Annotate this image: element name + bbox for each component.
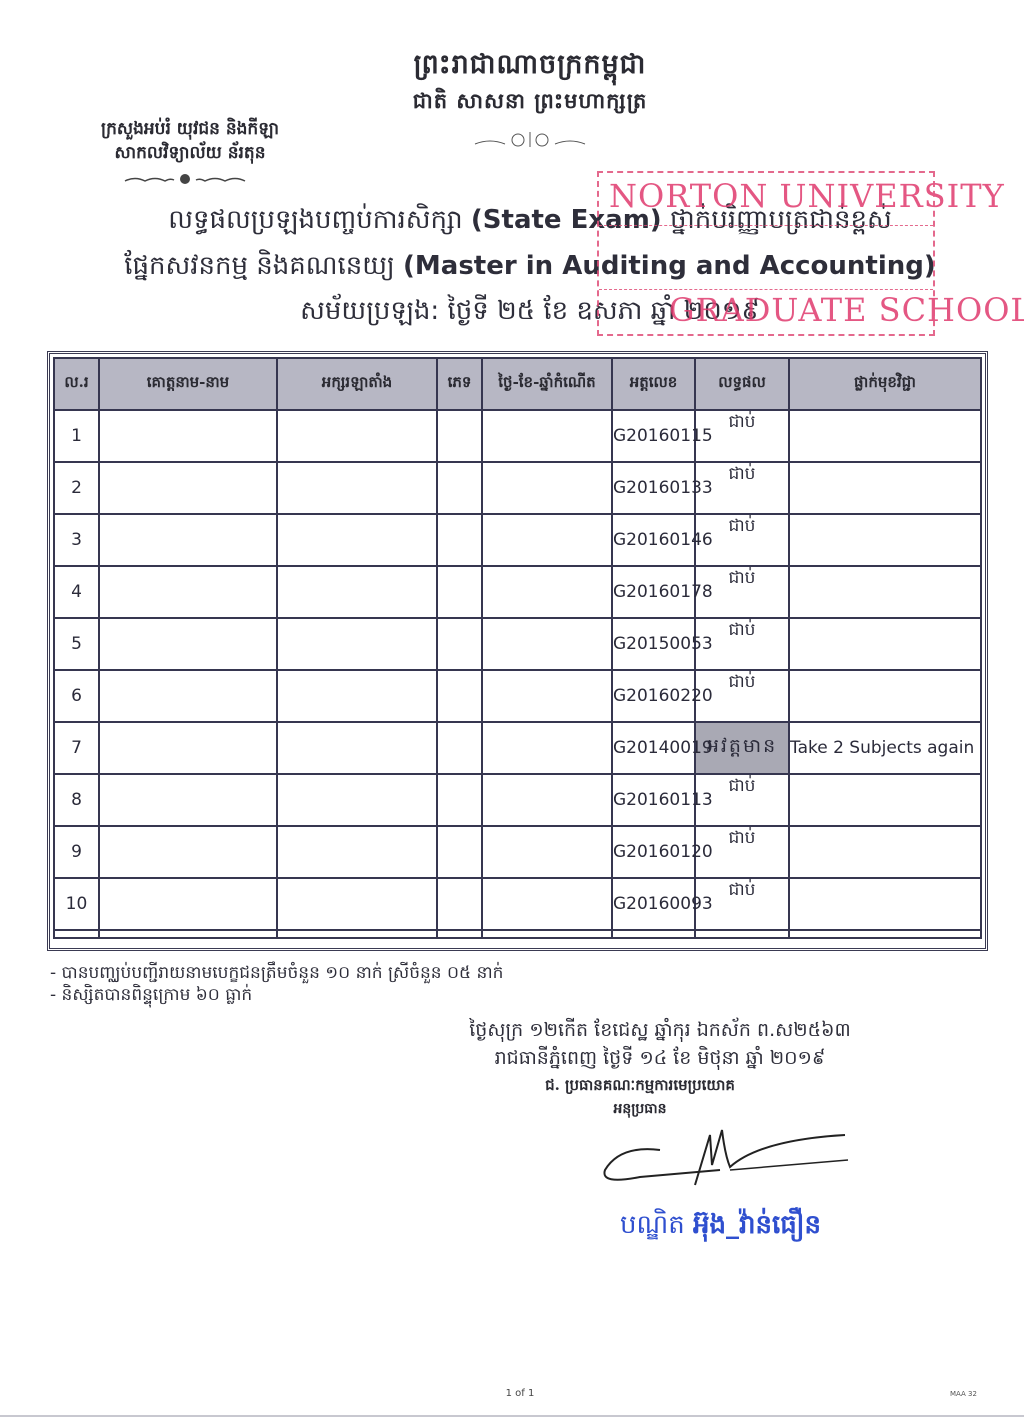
page-bottom-edge (0, 1415, 1024, 1417)
ornament-divider-icon (470, 130, 590, 148)
table-row: 2G20160133ជាប់ (54, 462, 981, 514)
cell-failed-subjects (789, 514, 981, 566)
cell-failed-subjects (789, 462, 981, 514)
header-id: អត្តលេខ (612, 358, 695, 410)
cell-failed-subjects (789, 878, 981, 930)
cell-failed-subjects (789, 826, 981, 878)
university-name: សាកលវិទ្យាល័យ ន័រតុន (40, 142, 340, 167)
cell-failed-subjects (789, 566, 981, 618)
table-row: 3G20160146ជាប់ (54, 514, 981, 566)
cell-sex (437, 774, 482, 826)
cell-latin-name (277, 826, 437, 878)
row-number: 3 (54, 514, 99, 566)
stamp-top-text: NORTON UNIVERSITY (609, 177, 1005, 215)
cell-dob (482, 670, 612, 722)
cell-sex (437, 618, 482, 670)
cell-name (99, 670, 277, 722)
row-number: 1 (54, 410, 99, 462)
signature-icon (600, 1115, 850, 1190)
ornament-divider-icon (120, 172, 250, 186)
cell-student-id: G20160120 (612, 826, 695, 878)
table-row: 10G20160093ជាប់ (54, 878, 981, 930)
title-khmer: លទ្ធផលប្រឡងបញ្ចប់ការសិក្សា (168, 205, 462, 235)
table-header-row: ល.រ គោត្តនាម-នាម អក្សរឡាតាំង ភេទ ថ្ងៃ-ខែ… (54, 358, 981, 410)
signer-title: ជ. ប្រធានគណៈកម្មការមេប្រយោគ (430, 1076, 850, 1098)
cell-dob (482, 878, 612, 930)
row-number: 4 (54, 566, 99, 618)
cell-sex (437, 410, 482, 462)
page-number: 1 of 1 (480, 1388, 560, 1399)
cell-sex (437, 462, 482, 514)
cell-latin-name (277, 722, 437, 774)
university-stamp: NORTON UNIVERSITY GRADUATE SCHOOL (597, 171, 935, 336)
kingdom-title: ព្រះរាជាណាចក្រកម្ពុជា (300, 48, 760, 87)
cell-name (99, 410, 277, 462)
table-row: 8G20160113ជាប់ (54, 774, 981, 826)
cell-student-id: G20150053 (612, 618, 695, 670)
cell-failed-subjects (789, 774, 981, 826)
signer-full-name: អ៊ុង_វ៉ាន់ធឿន (693, 1210, 821, 1240)
cell-dob (482, 826, 612, 878)
table-row: 4G20160178ជាប់ (54, 566, 981, 618)
row-number: 8 (54, 774, 99, 826)
cell-dob (482, 618, 612, 670)
cell-student-id: G20160146 (612, 514, 695, 566)
header-dob: ថ្ងៃ-ខែ-ឆ្នាំកំណើត (482, 358, 612, 410)
cell-student-id: G20160178 (612, 566, 695, 618)
solar-date: រាជធានីភ្នំពេញ ថ្ងៃទី ១៤ ខែ មិថុនា ឆ្នាំ… (420, 1046, 900, 1074)
cell-sex (437, 722, 482, 774)
cell-student-id: G20160093 (612, 878, 695, 930)
program-khmer: ផ្នែកសវនកម្ម និងគណនេយ្យ (124, 251, 395, 281)
cell-latin-name (277, 514, 437, 566)
header-failed-subjects: ផ្លាក់មុខវិជ្ជា (789, 358, 981, 410)
cell-dob (482, 514, 612, 566)
footnote-passing-score: - និស្សិតបានពិន្ទុក្រោម ៦០ ធ្លាក់ (50, 984, 252, 1009)
cell-failed-subjects (789, 410, 981, 462)
table-row: 9G20160120ជាប់ (54, 826, 981, 878)
cell-latin-name (277, 410, 437, 462)
cell-dob (482, 566, 612, 618)
cell-latin-name (277, 670, 437, 722)
cell-name (99, 826, 277, 878)
cell-failed-subjects (789, 618, 981, 670)
table-row: 5G20150053ជាប់ (54, 618, 981, 670)
cell-name (99, 722, 277, 774)
header-name: គោត្តនាម-នាម (99, 358, 277, 410)
cell-dob (482, 410, 612, 462)
table-row: 6G20160220ជាប់ (54, 670, 981, 722)
header-sex: ភេទ (437, 358, 482, 410)
header-latin: អក្សរឡាតាំង (277, 358, 437, 410)
cell-student-id: G20160115 (612, 410, 695, 462)
cell-name (99, 774, 277, 826)
signer-name: បណ្ឌិត អ៊ុង_វ៉ាន់ធឿន (620, 1208, 920, 1246)
cell-latin-name (277, 774, 437, 826)
cell-dob (482, 774, 612, 826)
cell-sex (437, 826, 482, 878)
row-number: 2 (54, 462, 99, 514)
table-row: 7G20140019អវត្តមានTake 2 Subjects again (54, 722, 981, 774)
cell-latin-name (277, 462, 437, 514)
row-number: 5 (54, 618, 99, 670)
row-number: 7 (54, 722, 99, 774)
cell-name (99, 878, 277, 930)
cell-name (99, 514, 277, 566)
header-no: ល.រ (54, 358, 99, 410)
cell-sex (437, 670, 482, 722)
document-code: MAA 32 (950, 1390, 1000, 1398)
cell-student-id: G20160133 (612, 462, 695, 514)
cell-name (99, 462, 277, 514)
cell-latin-name (277, 566, 437, 618)
cell-name (99, 566, 277, 618)
cell-dob (482, 462, 612, 514)
signer-prefix: បណ្ឌិត (620, 1210, 685, 1240)
row-number: 10 (54, 878, 99, 930)
cell-name (99, 618, 277, 670)
cell-result: អវត្តមាន (695, 722, 789, 774)
cell-sex (437, 514, 482, 566)
lunar-date: ថ្ងៃសុក្រ ១២កើត ខែជេស្ឋ ឆ្នាំកុរ ឯកស័ក ព… (420, 1018, 900, 1046)
cell-student-id: G20140019 (612, 722, 695, 774)
cell-latin-name (277, 878, 437, 930)
cell-student-id: G20160113 (612, 774, 695, 826)
row-number: 6 (54, 670, 99, 722)
cell-failed-subjects: Take 2 Subjects again (789, 722, 981, 774)
ministry-name: ក្រសួងអប់រំ យុវជន និងកីឡា (40, 118, 340, 143)
cell-sex (437, 566, 482, 618)
results-table: ល.រ គោត្តនាម-នាម អក្សរឡាតាំង ភេទ ថ្ងៃ-ខែ… (53, 357, 982, 939)
header-result: លទ្ធផល (695, 358, 789, 410)
table-filler-row (54, 930, 981, 938)
cell-student-id: G20160220 (612, 670, 695, 722)
cell-latin-name (277, 618, 437, 670)
cell-sex (437, 878, 482, 930)
cell-failed-subjects (789, 670, 981, 722)
row-number: 9 (54, 826, 99, 878)
stamp-bottom-text: GRADUATE SCHOOL (669, 291, 1024, 329)
table-row: 1G20160115ជាប់ (54, 410, 981, 462)
cell-dob (482, 722, 612, 774)
kingdom-motto: ជាតិ សាសនា ព្រះមហាក្សត្រ (300, 88, 760, 119)
results-table-container: ល.រ គោត្តនាម-នាម អក្សរឡាតាំង ភេទ ថ្ងៃ-ខែ… (47, 351, 988, 951)
